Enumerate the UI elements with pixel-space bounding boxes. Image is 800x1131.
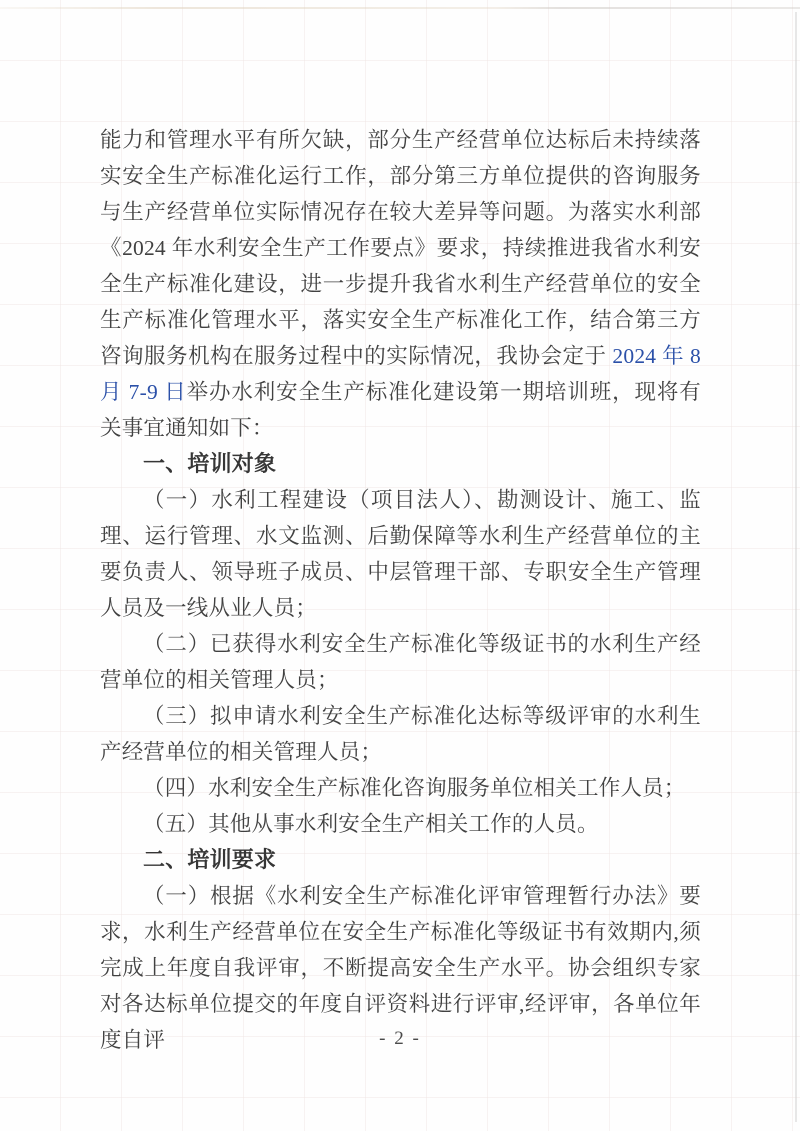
training-target-item-2: （二）已获得水利安全生产标准化等级证书的水利生产经营单位的相关管理人员； bbox=[100, 626, 701, 698]
training-target-item-3: （三）拟申请水利安全生产标准化达标等级评审的水利生产经营单位的相关管理人员； bbox=[100, 698, 701, 770]
section-heading-training-targets: 一、培训对象 bbox=[100, 446, 701, 482]
document-body: 能力和管理水平有所欠缺，部分生产经营单位达标后未持续落实安全生产标准化运行工作，… bbox=[100, 122, 701, 1058]
training-target-item-1: （一）水利工程建设（项目法人）、勘测设计、施工、监理、运行管理、水文监测、后勤保… bbox=[100, 482, 701, 626]
scan-artifact-right-edge bbox=[795, 12, 797, 1122]
training-target-item-5: （五）其他从事水利安全生产相关工作的人员。 bbox=[100, 806, 701, 842]
intro-text-before-date: 能力和管理水平有所欠缺，部分生产经营单位达标后未持续落实安全生产标准化运行工作，… bbox=[100, 128, 701, 368]
document-page: 能力和管理水平有所欠缺，部分生产经营单位达标后未持续落实安全生产标准化运行工作，… bbox=[0, 0, 800, 1131]
section-heading-training-requirements: 二、培训要求 bbox=[100, 842, 701, 878]
intro-paragraph: 能力和管理水平有所欠缺，部分生产经营单位达标后未持续落实安全生产标准化运行工作，… bbox=[100, 122, 701, 446]
intro-text-after-date: 举办水利安全生产标准化建设第一期培训班，现将有关事宜通知如下： bbox=[100, 380, 701, 440]
scan-artifact-top-edge bbox=[0, 7, 800, 9]
page-number: - 2 - bbox=[0, 1028, 800, 1050]
training-target-item-4: （四）水利安全生产标准化咨询服务单位相关工作人员； bbox=[100, 770, 701, 806]
